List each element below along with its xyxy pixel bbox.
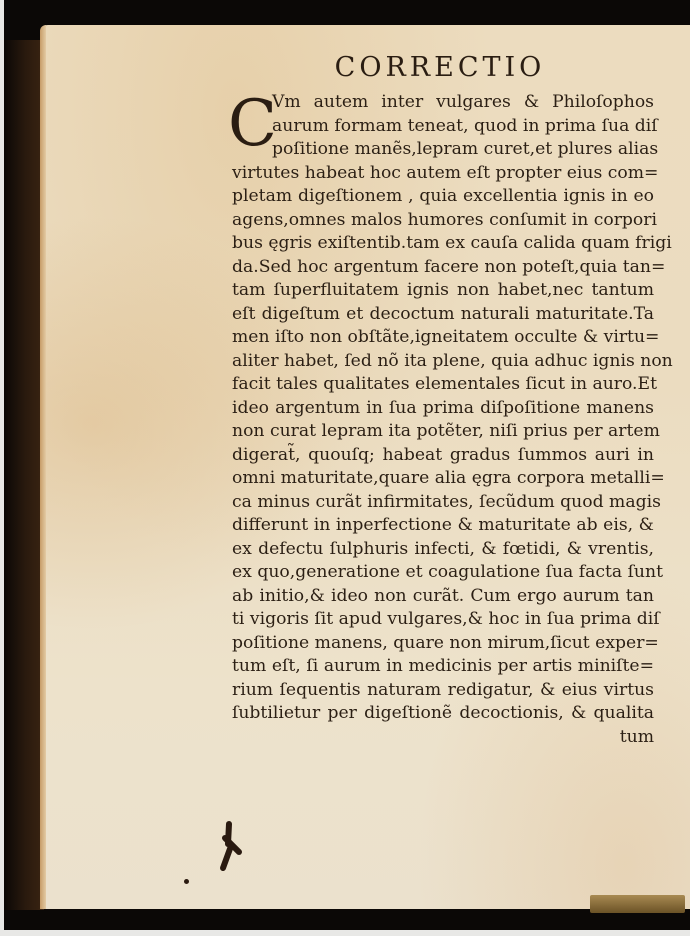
text-line: ti vigoris ſit apud vulgares,& hoc in ſu… <box>232 608 654 632</box>
page-edge <box>40 25 46 909</box>
text-line: men iſto non obſtãte,igneitatem occulte … <box>232 326 654 350</box>
text-line: ideo argentum in ſua prima diſpoſitione … <box>232 397 654 421</box>
text-line: ex quo,generatione et coagulatione ſua f… <box>232 561 654 585</box>
lower-page-leaf <box>590 895 685 913</box>
text-line: rium ſequentis naturam redigatur, & eius… <box>232 679 654 703</box>
text-line: ſubtilietur per digeſtionẽ decoctionis, … <box>232 702 654 726</box>
ink-mark-icon <box>215 820 251 876</box>
text-line: pletam digeſtionem , quia excellentia ig… <box>232 185 654 209</box>
text-line: eſt digeſtum et decoctum naturali maturi… <box>232 303 654 327</box>
text-line: facit tales qualitates elementales ſicut… <box>232 373 654 397</box>
ink-dot <box>184 879 189 884</box>
text-line: non curat lepram ita potẽter, niſi prius… <box>232 420 654 444</box>
text-line: digerat̃, quouſq; habeat gradus ſummos a… <box>232 444 654 468</box>
text-line: aurum formam teneat, quod in prima ſua d… <box>232 115 654 139</box>
text-line: ab initio,& ideo non curãt. Cum ergo aur… <box>232 585 654 609</box>
text-line: differunt in inperfectione & maturitate … <box>232 514 654 538</box>
text-line: tam ſuperfluitatem ignis non habet,nec t… <box>232 279 654 303</box>
text-line: Vm autem inter vulgares & Philoſophos <box>232 91 654 115</box>
text-line: aliter habet, ſed nõ ita plene, quia adh… <box>232 350 654 374</box>
text-line: omni maturitate,quare alia ęgra corpora … <box>232 467 654 491</box>
text-line: tum eſt, ſi aurum in medicinis per artis… <box>232 655 654 679</box>
text-line: ex defectu ſulphuris infecti, & fœtidi, … <box>232 538 654 562</box>
text-line: da.Sed hoc argentum facere non poteſt,qu… <box>232 256 654 280</box>
text-line: ca minus curãt infirmitates, ſecũdum quo… <box>232 491 654 515</box>
text-line: poſitione manens, quare non mirum,ſicut … <box>232 632 654 656</box>
text-line: agens,omnes malos humores conſumit in co… <box>232 209 654 233</box>
body-text: Vm autem inter vulgares & Philoſophos au… <box>232 91 654 749</box>
text-line: virtutes habeat hoc autem eſt propter ei… <box>232 162 654 186</box>
text-line: poſitione manẽs,lepram curet,et plures a… <box>232 138 654 162</box>
book-spine-shadow <box>4 40 44 910</box>
text-line: bus ęgris exiſtentib.tam ex cauſa calida… <box>232 232 654 256</box>
page-heading: CORRECTIO <box>330 52 550 83</box>
catchword: tum <box>232 726 654 750</box>
